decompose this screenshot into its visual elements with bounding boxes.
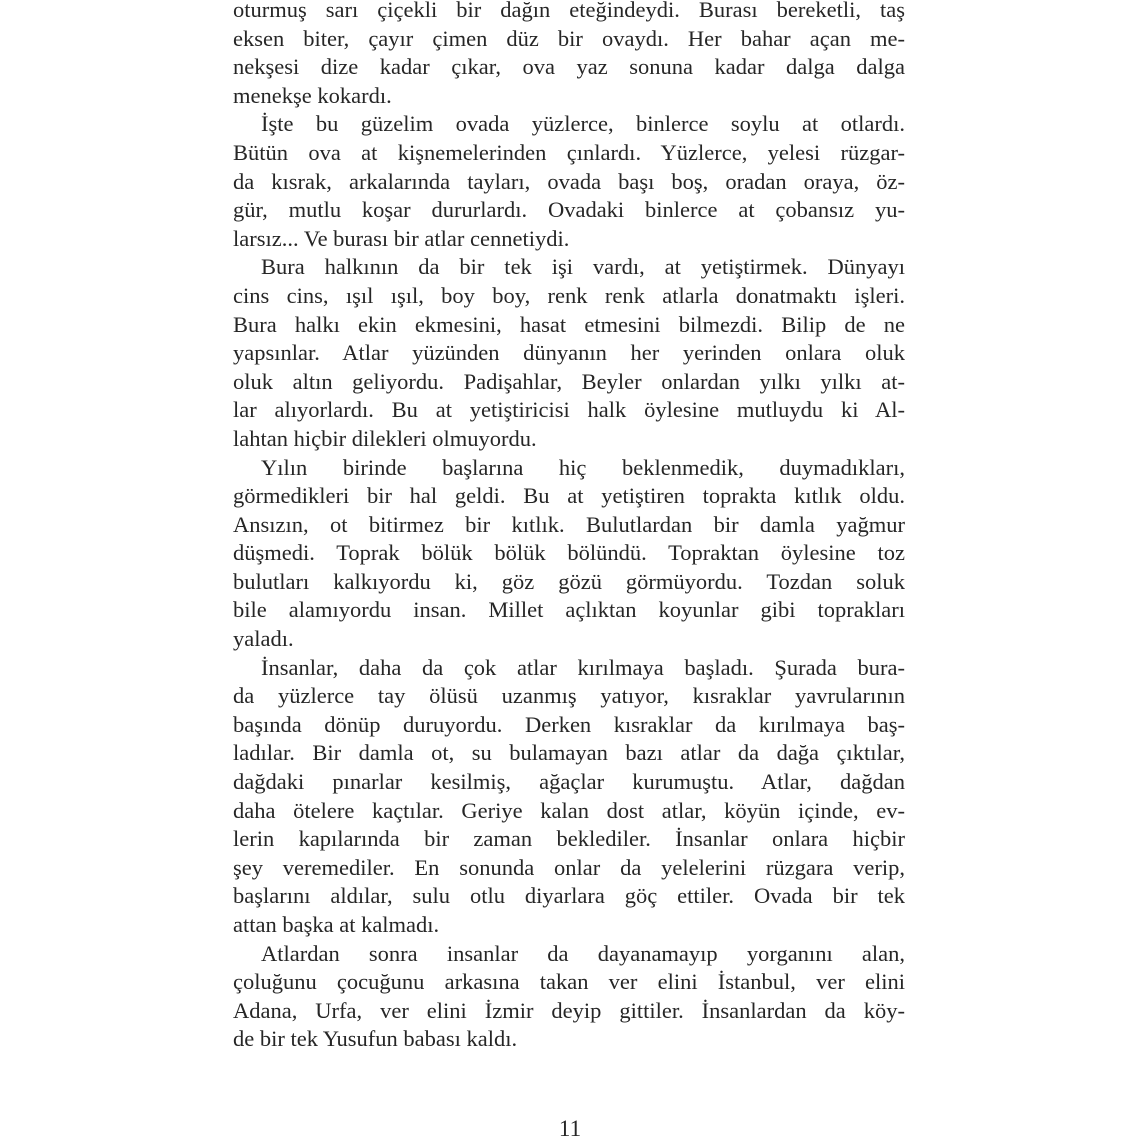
text-line: attan başka at kalmadı.	[233, 911, 905, 940]
paragraph: İnsanlar, daha da çok atlar kırılmaya ba…	[233, 654, 905, 940]
text-line: cins cins, ışıl ışıl, boy boy, renk renk…	[233, 282, 905, 311]
text-line: şey veremediler. En sonunda onlar da yel…	[233, 854, 905, 883]
paragraph: oturmuş sarı çiçekli bir dağın eteğindey…	[233, 0, 905, 110]
paragraph: İşte bu güzelim ovada yüzlerce, binlerce…	[233, 110, 905, 253]
text-line: menekşe kokardı.	[233, 82, 905, 111]
text-line: başında dönüp duruyordu. Derken kısrakla…	[233, 711, 905, 740]
text-line: ladılar. Bir damla ot, su bulamayan bazı…	[233, 739, 905, 768]
book-page: oturmuş sarı çiçekli bir dağın eteğindey…	[0, 0, 1140, 1140]
text-line: Bütün ova at kişnemelerinden çınlardı. Y…	[233, 139, 905, 168]
text-line: lahtan hiçbir dilekleri olmuyordu.	[233, 425, 905, 454]
body-text: oturmuş sarı çiçekli bir dağın eteğindey…	[233, 0, 905, 1054]
text-line: oluk altın geliyordu. Padişahlar, Beyler…	[233, 368, 905, 397]
text-line: larsız... Ve burası bir atlar cennetiydi…	[233, 225, 905, 254]
paragraph: Atlardan sonra insanlar da dayanamayıp y…	[233, 940, 905, 1054]
text-line: gür, mutlu koşar dururlardı. Ovadaki bin…	[233, 196, 905, 225]
text-line: bile alamıyordu insan. Millet açlıktan k…	[233, 596, 905, 625]
text-line: Ansızın, ot bitirmez bir kıtlık. Bulutla…	[233, 511, 905, 540]
text-line: İnsanlar, daha da çok atlar kırılmaya ba…	[233, 654, 905, 683]
text-line: lerin kapılarında bir zaman beklediler. …	[233, 825, 905, 854]
text-line: eksen biter, çayır çimen düz bir ovaydı.…	[233, 25, 905, 54]
text-line: düşmedi. Toprak bölük bölük bölündü. Top…	[233, 539, 905, 568]
page-number: 11	[0, 1116, 1140, 1140]
text-line: İşte bu güzelim ovada yüzlerce, binlerce…	[233, 110, 905, 139]
text-line: da yüzlerce tay ölüsü uzanmış yatıyor, k…	[233, 682, 905, 711]
text-line: Atlardan sonra insanlar da dayanamayıp y…	[233, 940, 905, 969]
text-line: nekşesi dize kadar çıkar, ova yaz sonuna…	[233, 53, 905, 82]
text-line: yapsınlar. Atlar yüzünden dünyanın her y…	[233, 339, 905, 368]
text-line: oturmuş sarı çiçekli bir dağın eteğindey…	[233, 0, 905, 25]
paragraph: Bura halkının da bir tek işi vardı, at y…	[233, 253, 905, 453]
text-line: Bura halkı ekin ekmesini, hasat etmesini…	[233, 311, 905, 340]
text-line: Bura halkının da bir tek işi vardı, at y…	[233, 253, 905, 282]
text-line: Yılın birinde başlarına hiç beklenmedik,…	[233, 454, 905, 483]
text-line: lar alıyorlardı. Bu at yetiştiricisi hal…	[233, 396, 905, 425]
text-line: başlarını aldılar, sulu otlu diyarlara g…	[233, 882, 905, 911]
text-line: dağdaki pınarlar kesilmiş, ağaçlar kurum…	[233, 768, 905, 797]
text-line: da kısrak, arkalarında tayları, ovada ba…	[233, 168, 905, 197]
text-line: yaladı.	[233, 625, 905, 654]
paragraph: Yılın birinde başlarına hiç beklenmedik,…	[233, 454, 905, 654]
text-line: Adana, Urfa, ver elini İzmir deyip gitti…	[233, 997, 905, 1026]
text-line: çoluğunu çocuğunu arkasına takan ver eli…	[233, 968, 905, 997]
text-line: de bir tek Yusufun babası kaldı.	[233, 1025, 905, 1054]
text-line: daha ötelere kaçtılar. Geriye kalan dost…	[233, 797, 905, 826]
text-line: bulutları kalkıyordu ki, göz gözü görmüy…	[233, 568, 905, 597]
text-line: görmedikleri bir hal geldi. Bu at yetişt…	[233, 482, 905, 511]
